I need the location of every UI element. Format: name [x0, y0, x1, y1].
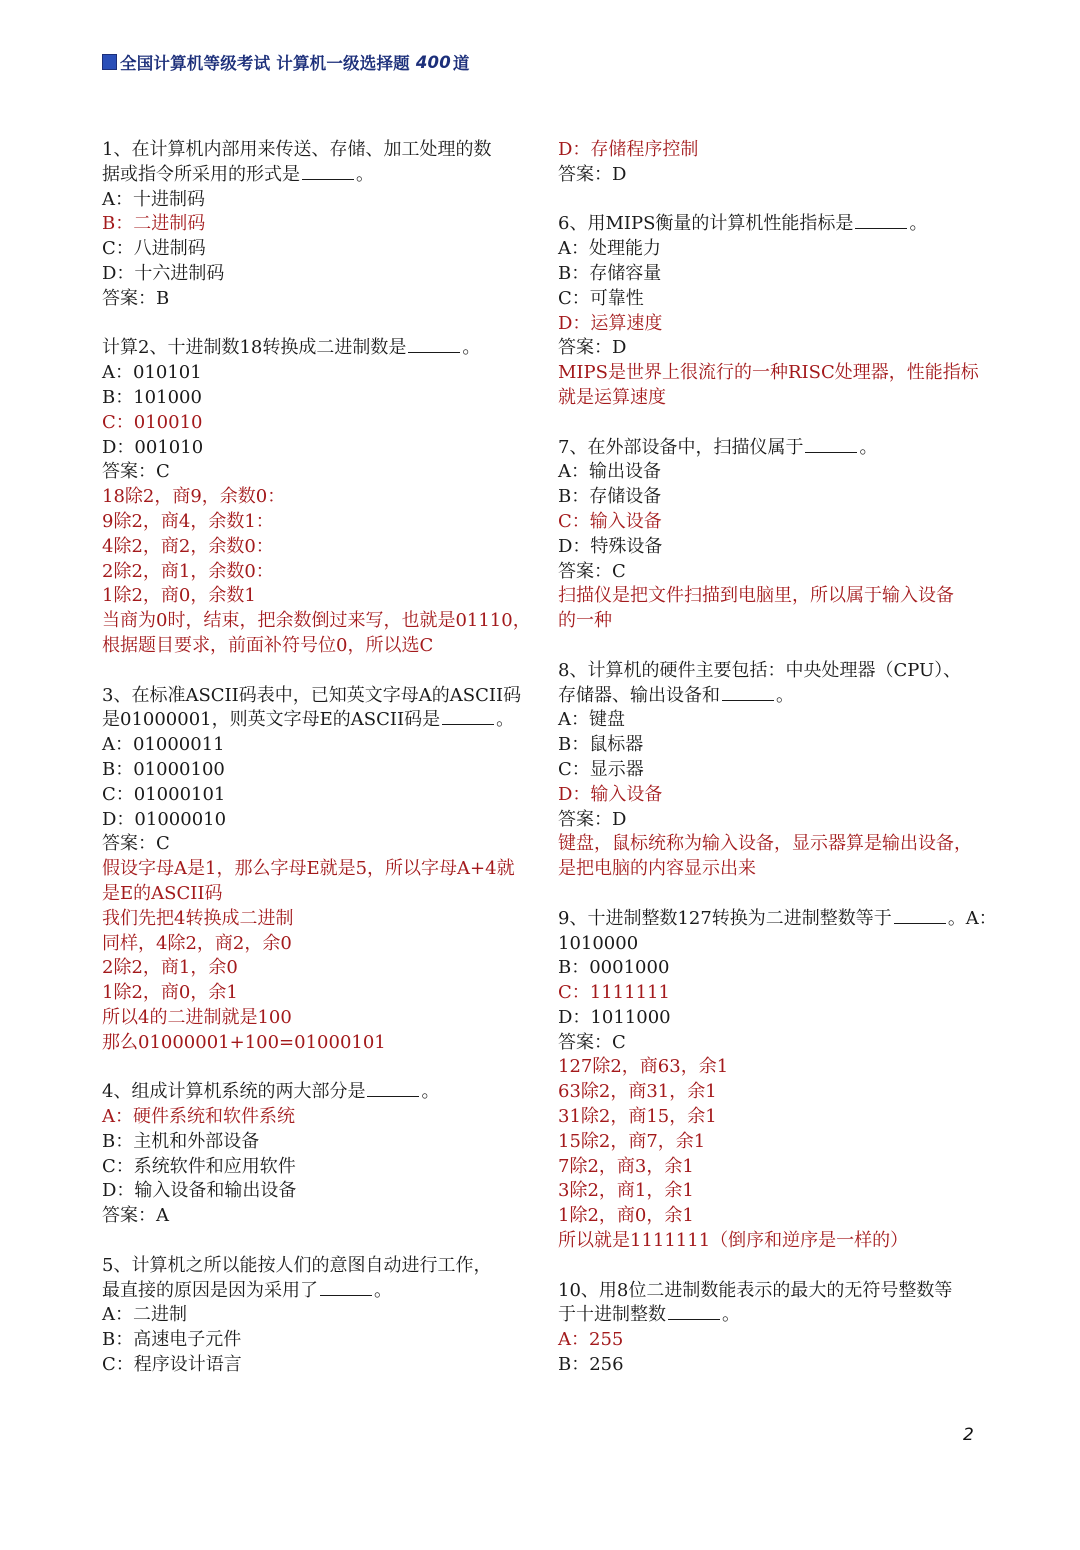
explanation-line: 127除2，商63，余1: [558, 1055, 1003, 1080]
option: A：处理能力: [558, 237, 1003, 262]
explanation-line: 那么01000001+100=01000101: [102, 1031, 542, 1056]
question-stem-text: 3、在标准ASCII码表中，已知英文字母A的ASCII码: [102, 685, 521, 706]
question-stem-text: 5、计算机之所以能按人们的意图自动进行工作，: [102, 1255, 491, 1276]
option: C：01000101: [102, 783, 542, 808]
question-stem-text: 8、计算机的硬件主要包括：中央处理器（CPU）、: [558, 660, 961, 681]
option: A：键盘: [558, 708, 1003, 733]
option: D：01000010: [102, 808, 542, 833]
question-stem-line: 存储器、输出设备和。: [558, 684, 1003, 709]
correct-option: D：运算速度: [558, 312, 1003, 337]
correct-option: D：输入设备: [558, 783, 1003, 808]
answer-blank: [855, 214, 907, 229]
question-stem-line: 9、十进制整数127转换为二进制整数等于。A：: [558, 907, 1003, 932]
option: D：1011000: [558, 1006, 1003, 1031]
question-stem-line: 3、在标准ASCII码表中，已知英文字母A的ASCII码: [102, 684, 542, 709]
option: 1010000: [558, 932, 1003, 957]
option: B：存储设备: [558, 485, 1003, 510]
explanation-line: 9除2，商4，余数1：: [102, 510, 542, 535]
answer-blank: [894, 909, 946, 924]
question-stem-line: 5、计算机之所以能按人们的意图自动进行工作，: [102, 1254, 542, 1279]
question-stem-line: 据或指令所采用的形式是。: [102, 163, 542, 188]
correct-option: C：输入设备: [558, 510, 1003, 535]
answer-line: 答案：A: [102, 1204, 542, 1229]
explanation-line: 是把电脑的内容显示出来: [558, 857, 1003, 882]
explanation-line: 我们先把4转换成二进制: [102, 907, 542, 932]
question-stem-end: 。A：: [948, 908, 997, 929]
question-stem-text: 9、十进制整数127转换为二进制整数等于: [558, 908, 892, 929]
question-stem-line: 是01000001，则英文字母E的ASCII码是。: [102, 708, 542, 733]
blue-square-icon: [102, 54, 117, 70]
answer-blank: [408, 338, 460, 353]
question-stem-text: 据或指令所采用的形式是: [102, 164, 300, 185]
answer-line: 答案：C: [102, 460, 542, 485]
option: D：输入设备和输出设备: [102, 1179, 542, 1204]
option: C：程序设计语言: [102, 1353, 542, 1378]
question-block: 6、用MIPS衡量的计算机性能指标是。A：处理能力B：存储容量C：可靠性D：运算…: [558, 212, 1003, 410]
question-stem-text: 10、用8位二进制数能表示的最大的无符号整数等: [558, 1280, 952, 1301]
option: C：系统软件和应用软件: [102, 1155, 542, 1180]
option: B：101000: [102, 386, 542, 411]
option: C：显示器: [558, 758, 1003, 783]
option: B：01000100: [102, 758, 542, 783]
correct-option: A：硬件系统和软件系统: [102, 1105, 542, 1130]
answer-blank: [442, 710, 494, 725]
explanation-line: 1除2，商0，余1: [102, 981, 542, 1006]
explanation-line: 1除2，商0，余数1: [102, 584, 542, 609]
question-stem-end: 。: [909, 213, 927, 234]
question-stem-line: 1、在计算机内部用来传送、存储、加工处理的数: [102, 138, 542, 163]
header-count: 400: [416, 53, 451, 72]
correct-option: B：二进制码: [102, 212, 542, 237]
header-title: 全国计算机等级考试 计算机一级选择题: [120, 50, 410, 74]
question-stem-text: 计算2、十进制数18转换成二进制数是: [102, 337, 406, 358]
option: B：存储容量: [558, 262, 1003, 287]
question-stem-end: 。: [421, 1081, 439, 1102]
question-stem-text: 是01000001，则英文字母E的ASCII码是: [102, 709, 440, 730]
option: D：十六进制码: [102, 262, 542, 287]
option: A：01000011: [102, 733, 542, 758]
answer-blank: [722, 686, 774, 701]
answer-line: 答案：C: [558, 1031, 1003, 1056]
question-stem-line: 计算2、十进制数18转换成二进制数是。: [102, 336, 542, 361]
question-block: 4、组成计算机系统的两大部分是。A：硬件系统和软件系统B：主机和外部设备C：系统…: [102, 1080, 542, 1229]
right-column: D：存储程序控制答案：D6、用MIPS衡量的计算机性能指标是。A：处理能力B：存…: [558, 138, 1003, 1403]
question-block: 计算2、十进制数18转换成二进制数是。A：010101B：101000C：010…: [102, 336, 542, 658]
explanation-line: 是E的ASCII码: [102, 882, 542, 907]
answer-line: 答案：C: [102, 832, 542, 857]
question-stem-text: 最直接的原因是因为采用了: [102, 1280, 318, 1301]
question-block: 5、计算机之所以能按人们的意图自动进行工作，最直接的原因是因为采用了。A：二进制…: [102, 1254, 542, 1378]
question-stem-line: 4、组成计算机系统的两大部分是。: [102, 1080, 542, 1105]
correct-option: D：存储程序控制: [558, 138, 1003, 163]
explanation-line: 1除2，商0，余1: [558, 1204, 1003, 1229]
question-stem-line: 8、计算机的硬件主要包括：中央处理器（CPU）、: [558, 659, 1003, 684]
question-stem-text: 7、在外部设备中，扫描仪属于: [558, 437, 803, 458]
correct-option: C：010010: [102, 411, 542, 436]
question-stem-end: 。: [356, 164, 374, 185]
answer-line: 答案：D: [558, 336, 1003, 361]
question-stem-end: 。: [374, 1280, 392, 1301]
explanation-line: 扫描仪是把文件扫描到电脑里，所以属于输入设备: [558, 584, 1003, 609]
option: B：鼠标器: [558, 733, 1003, 758]
option: A：十进制码: [102, 188, 542, 213]
option: A：输出设备: [558, 460, 1003, 485]
option: B：0001000: [558, 956, 1003, 981]
question-block: 10、用8位二进制数能表示的最大的无符号整数等于十进制整数。A：255B：256: [558, 1279, 1003, 1378]
explanation-line: 15除2，商7，余1: [558, 1130, 1003, 1155]
header-suffix: 道: [453, 50, 470, 74]
answer-blank: [320, 1281, 372, 1296]
question-stem-text: 6、用MIPS衡量的计算机性能指标是: [558, 213, 853, 234]
question-block: D：存储程序控制答案：D: [558, 138, 1003, 188]
explanation-line: 2除2，商1，余数0：: [102, 560, 542, 585]
question-block: 9、十进制整数127转换为二进制整数等于。A：1010000B：0001000C…: [558, 907, 1003, 1254]
answer-line: 答案：D: [558, 808, 1003, 833]
answer-blank: [302, 165, 354, 180]
explanation-line: 同样，4除2，商2，余0: [102, 932, 542, 957]
question-block: 3、在标准ASCII码表中，已知英文字母A的ASCII码是01000001，则英…: [102, 684, 542, 1056]
option: C：可靠性: [558, 287, 1003, 312]
question-stem-text: 1、在计算机内部用来传送、存储、加工处理的数: [102, 139, 491, 160]
question-stem-end: 。: [462, 337, 480, 358]
answer-line: 答案：B: [102, 287, 542, 312]
explanation-line: 2除2，商1，余0: [102, 956, 542, 981]
question-block: 7、在外部设备中，扫描仪属于。A：输出设备B：存储设备C：输入设备D：特殊设备答…: [558, 436, 1003, 634]
option: B：256: [558, 1353, 1003, 1378]
correct-option: C：1111111: [558, 981, 1003, 1006]
question-stem-end: 。: [496, 709, 514, 730]
question-stem-line: 7、在外部设备中，扫描仪属于。: [558, 436, 1003, 461]
answer-blank: [367, 1082, 419, 1097]
option: A：010101: [102, 361, 542, 386]
explanation-line: 键盘，鼠标统称为输入设备，显示器算是输出设备，: [558, 832, 1003, 857]
question-stem-end: 。: [722, 1304, 740, 1325]
option: C：八进制码: [102, 237, 542, 262]
question-stem-line: 10、用8位二进制数能表示的最大的无符号整数等: [558, 1279, 1003, 1304]
explanation-line: 所以就是1111111（倒序和逆序是一样的）: [558, 1229, 1003, 1254]
explanation-line: 4除2，商2，余数0：: [102, 535, 542, 560]
option: A：二进制: [102, 1303, 542, 1328]
explanation-line: 的一种: [558, 609, 1003, 634]
question-block: 1、在计算机内部用来传送、存储、加工处理的数据或指令所采用的形式是。A：十进制码…: [102, 138, 542, 312]
page-header: 全国计算机等级考试 计算机一级选择题 400 道: [102, 50, 470, 74]
question-stem-line: 最直接的原因是因为采用了。: [102, 1279, 542, 1304]
answer-blank: [668, 1305, 720, 1320]
answer-line: 答案：C: [558, 560, 1003, 585]
explanation-line: 当商为0时，结束，把余数倒过来写，也就是01110，: [102, 609, 542, 634]
question-stem-end: 。: [859, 437, 877, 458]
question-stem-line: 于十进制整数。: [558, 1303, 1003, 1328]
question-block: 8、计算机的硬件主要包括：中央处理器（CPU）、存储器、输出设备和。A：键盘B：…: [558, 659, 1003, 882]
answer-line: 答案：D: [558, 163, 1003, 188]
option: D：特殊设备: [558, 535, 1003, 560]
question-stem-end: 。: [776, 685, 794, 706]
explanation-line: 根据题目要求，前面补符号位0，所以选C: [102, 634, 542, 659]
option: B：主机和外部设备: [102, 1130, 542, 1155]
explanation-line: 所以4的二进制就是100: [102, 1006, 542, 1031]
explanation-line: 31除2，商15，余1: [558, 1105, 1003, 1130]
explanation-line: 就是运算速度: [558, 386, 1003, 411]
explanation-line: 假设字母A是1，那么字母E就是5，所以字母A+4就: [102, 857, 542, 882]
correct-option: A：255: [558, 1328, 1003, 1353]
left-column: 1、在计算机内部用来传送、存储、加工处理的数据或指令所采用的形式是。A：十进制码…: [102, 138, 542, 1403]
question-stem-line: 6、用MIPS衡量的计算机性能指标是。: [558, 212, 1003, 237]
explanation-line: 63除2，商31，余1: [558, 1080, 1003, 1105]
explanation-line: 3除2，商1，余1: [558, 1179, 1003, 1204]
question-stem-text: 于十进制整数: [558, 1304, 666, 1325]
explanation-line: MIPS是世界上很流行的一种RISC处理器，性能指标: [558, 361, 1003, 386]
explanation-line: 7除2，商3，余1: [558, 1155, 1003, 1180]
explanation-line: 18除2，商9，余数0：: [102, 485, 542, 510]
answer-blank: [805, 438, 857, 453]
option: B：高速电子元件: [102, 1328, 542, 1353]
option: D：001010: [102, 436, 542, 461]
page-number: 2: [963, 1425, 974, 1445]
question-stem-text: 4、组成计算机系统的两大部分是: [102, 1081, 365, 1102]
question-stem-text: 存储器、输出设备和: [558, 685, 720, 706]
